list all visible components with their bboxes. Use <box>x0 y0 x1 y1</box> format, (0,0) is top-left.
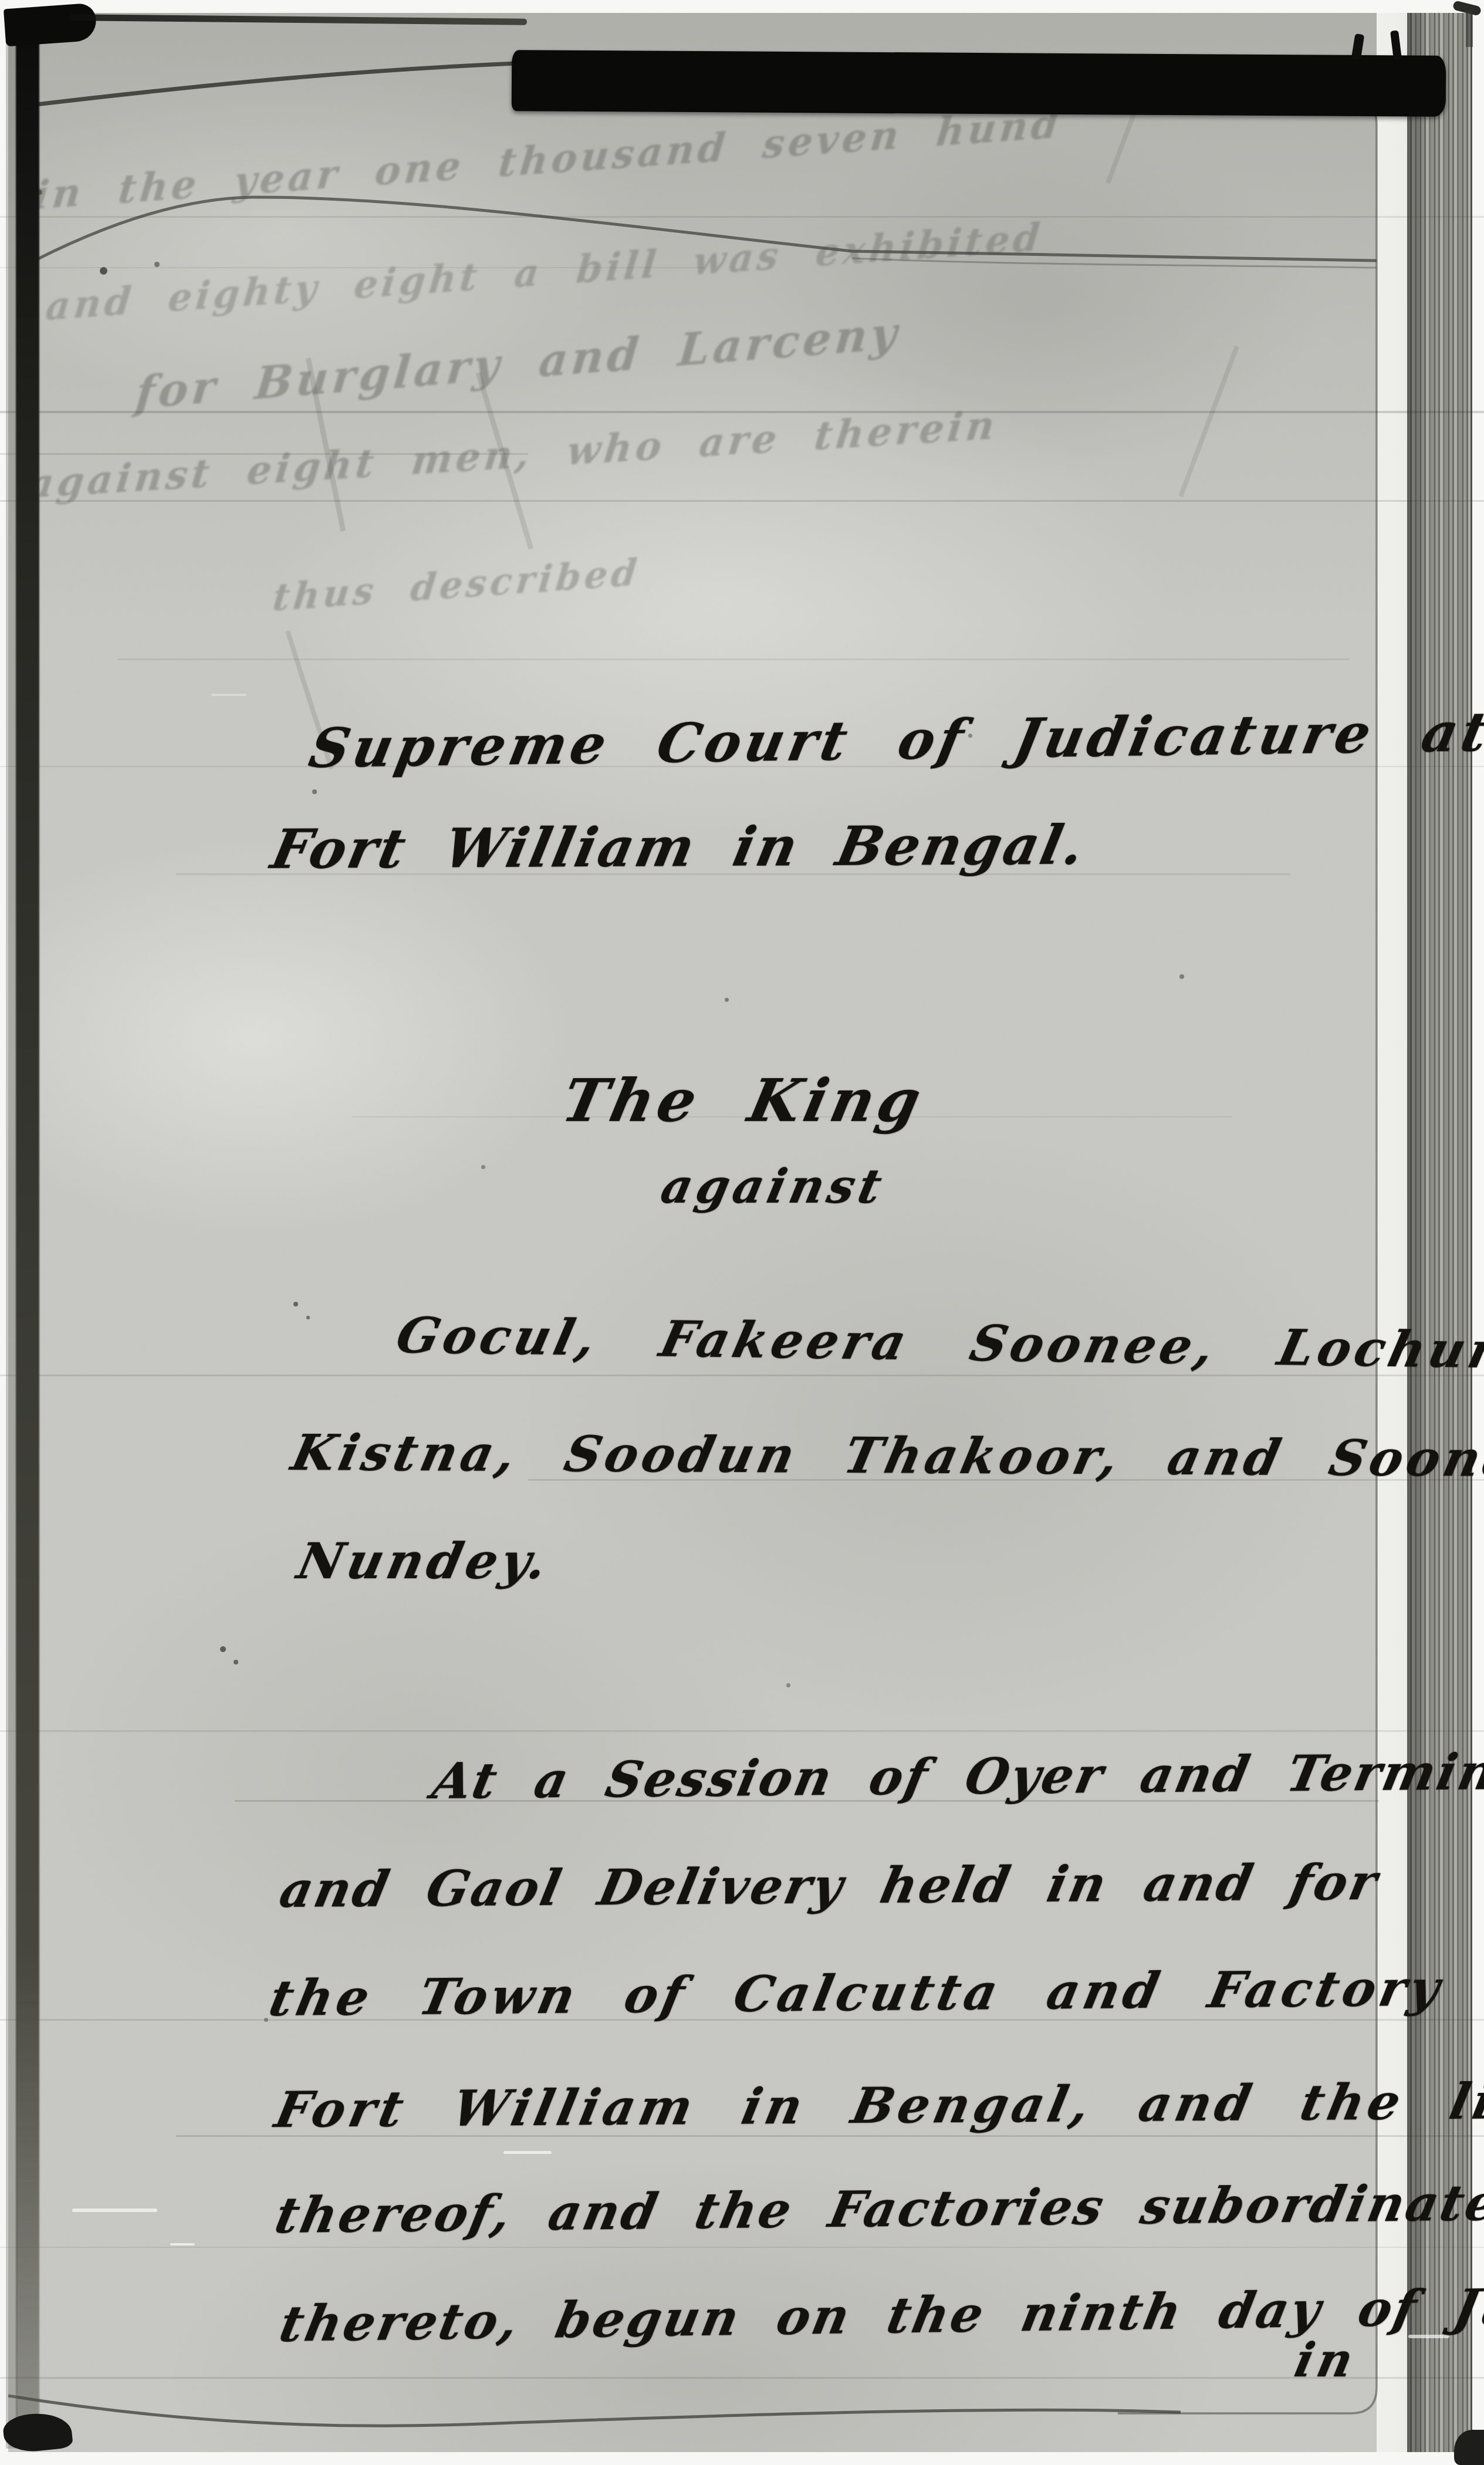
manuscript-scan: in the year one thousand seven hund and … <box>0 0 1484 2465</box>
ink-speck <box>234 1660 238 1664</box>
heading-line-2: Fort William in Bengal. <box>267 818 1091 876</box>
case-versus-word: against <box>657 1163 890 1210</box>
white-scratch <box>503 2151 552 2154</box>
left-binding-bar <box>16 14 39 2442</box>
ink-speck <box>725 998 729 1002</box>
defendants-line-2: Kistna, Soodun Thakoor, and Soonder <box>288 1428 1484 1484</box>
white-scratch <box>170 2243 195 2245</box>
ink-speck <box>1179 974 1184 979</box>
white-scratch <box>72 2209 157 2212</box>
ink-speck <box>312 789 317 794</box>
ink-speck <box>154 262 160 267</box>
ink-speck <box>481 1165 485 1169</box>
case-prosecutor: The King <box>557 1071 929 1130</box>
body-line-1: At a Session of Oyer and Terminer <box>428 1747 1484 1806</box>
body-line-2: and Gaol Delivery held in and for <box>276 1858 1383 1914</box>
ink-speck <box>306 1316 310 1319</box>
ink-speck <box>100 267 107 275</box>
right-margin-line <box>1118 100 1377 2413</box>
body-line-3: the Town of Calcutta and Factory of <box>265 1963 1484 2023</box>
ghost-stroke <box>1181 346 1237 497</box>
ink-speck <box>786 1683 790 1687</box>
catchword: in <box>1291 2336 1361 2383</box>
ink-speck <box>293 1302 298 1306</box>
bottom-fold-crease <box>8 2396 1181 2426</box>
body-line-4: Fort William in Bengal, and the limits <box>271 2076 1484 2135</box>
heading-line-1: Supreme Court of Judicature at <box>305 705 1484 775</box>
body-line-5: thereof, and the Factories subordinate <box>271 2178 1484 2240</box>
top-right-corner-streak <box>1466 11 1473 47</box>
defendants-line-3: Nundey. <box>293 1537 555 1586</box>
ink-speck <box>220 1646 226 1652</box>
white-scratch <box>211 694 246 696</box>
defendants-line-1: Gocul, Fakeera Soonee, Lochun, <box>392 1311 1484 1376</box>
top-right-black-band <box>512 50 1446 117</box>
page-top-edge-line <box>36 63 515 104</box>
